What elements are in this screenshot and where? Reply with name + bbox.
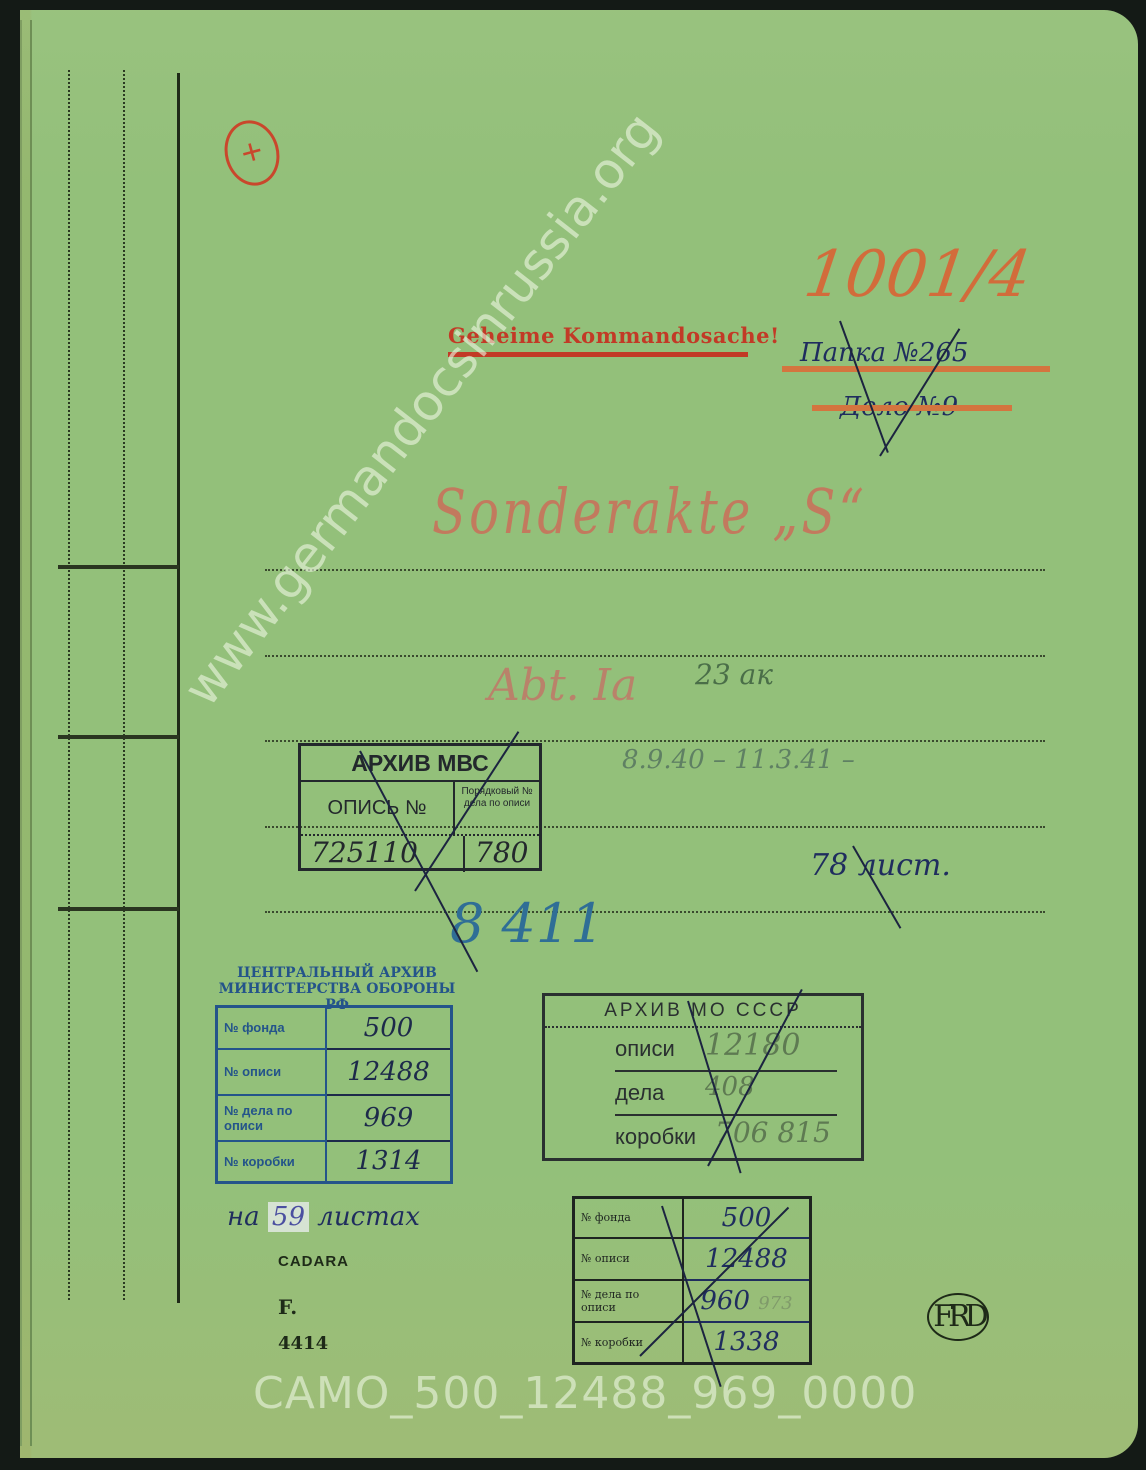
column-border (177, 73, 180, 1303)
table-row: № дела по описи969 (217, 1095, 452, 1141)
maker-brand: CADARA (278, 1253, 349, 1270)
stamp-central-archive: ЦЕНТРАЛЬНЫЙ АРХИВ МИНИСТЕРСТВА ОБОРОНЫ Р… (217, 965, 457, 1013)
maker-number: 4414 (278, 1333, 328, 1354)
file-number: 1001/4 (800, 238, 1036, 312)
spine-fold-line (30, 20, 32, 1446)
row-label: № дела по описи (217, 1095, 327, 1141)
row-label: коробки (615, 1116, 715, 1158)
maker-letter: F. (278, 1295, 297, 1319)
stamp-value-opis: 725110 (301, 836, 465, 872)
spine-edge (20, 20, 22, 1446)
table-row: № фонда500 (217, 1007, 452, 1049)
row-label: № описи (574, 1238, 684, 1280)
table-row: № описи12488 (574, 1238, 811, 1280)
row-value: 500 (326, 1007, 452, 1049)
stamp-archive-mo-ussr: АРХИВ МО СССР описи 12180 дела 408 короб… (542, 993, 864, 1161)
column-divider (58, 565, 179, 569)
row-label: № коробки (217, 1141, 327, 1183)
circled-plus-mark: + (217, 114, 286, 192)
row-label: описи (615, 1028, 705, 1070)
strike-through (782, 366, 1050, 372)
stamp-value-order: 780 (465, 836, 539, 872)
watermark-caption: CAMO_500_12488_969_0000 (253, 1368, 917, 1419)
row-label: № дела по описи (574, 1280, 684, 1322)
row-value-main: 960 (700, 1286, 750, 1316)
pages-note-count: 59 (268, 1202, 309, 1232)
unit-note: 23 ак (695, 658, 773, 691)
row-value: 500 (683, 1198, 811, 1238)
row-label: № фонда (217, 1007, 327, 1049)
column-divider (58, 907, 179, 911)
pages-note: на 59 листах (227, 1202, 420, 1232)
row-label: дела (615, 1072, 705, 1114)
watermark-url: www.germandocsinrussia.org (172, 102, 670, 717)
document-title: Sonderakte „S“ (432, 475, 867, 548)
pages-note-suffix: листах (317, 1202, 420, 1232)
writing-line (265, 740, 1045, 742)
row-value: 12180 (705, 1028, 800, 1070)
stamp-title: АРХИВ МО СССР (545, 996, 861, 1028)
table-row: коробки 706 815 (615, 1116, 861, 1158)
row-value: 969 (326, 1095, 452, 1141)
blue-number: 8 411 (450, 892, 605, 955)
row-value: 12488 (326, 1049, 452, 1095)
table-row: № коробки1338 (574, 1322, 811, 1364)
stamp-archive-mvs: АРХИВ МВС ОПИСЬ № Порядковый № дела по о… (298, 743, 542, 871)
monogram-logo: FRD (927, 1293, 989, 1341)
circled-mark-text: + (236, 129, 267, 174)
stamp-label-opis: ОПИСЬ № (301, 782, 455, 834)
row-value-extra: 973 (758, 1293, 792, 1314)
table-row: дела 408 (615, 1072, 837, 1116)
file-cover: + 1001/4 Geheime Kommandosache! Папка №2… (20, 10, 1138, 1458)
column-rule (68, 70, 70, 1300)
pages-note-prefix: на (227, 1202, 260, 1232)
column-rule (123, 70, 125, 1300)
row-value: 1314 (326, 1141, 452, 1183)
row-value: 12488 (683, 1238, 811, 1280)
writing-line (265, 655, 1045, 657)
writing-line (265, 911, 1045, 913)
table-row: № описи12488 (217, 1049, 452, 1095)
row-label: № описи (217, 1049, 327, 1095)
date-range: 8.9.40 – 11.3.41 – (622, 745, 855, 775)
writing-line (265, 569, 1045, 571)
central-archive-table: № фонда500 № описи12488 № дела по описи9… (215, 1005, 453, 1184)
column-divider (58, 735, 179, 739)
stamp-title-line1: ЦЕНТРАЛЬНЫЙ АРХИВ (217, 965, 457, 981)
row-value: 960 973 (683, 1280, 811, 1322)
table-row: № фонда500 (574, 1198, 811, 1238)
sheet-count-note: 78 лист. (810, 848, 951, 883)
table-row: № коробки1314 (217, 1141, 452, 1183)
department-label: Abt. Ia (488, 660, 637, 711)
table-row: описи 12180 (615, 1028, 837, 1072)
